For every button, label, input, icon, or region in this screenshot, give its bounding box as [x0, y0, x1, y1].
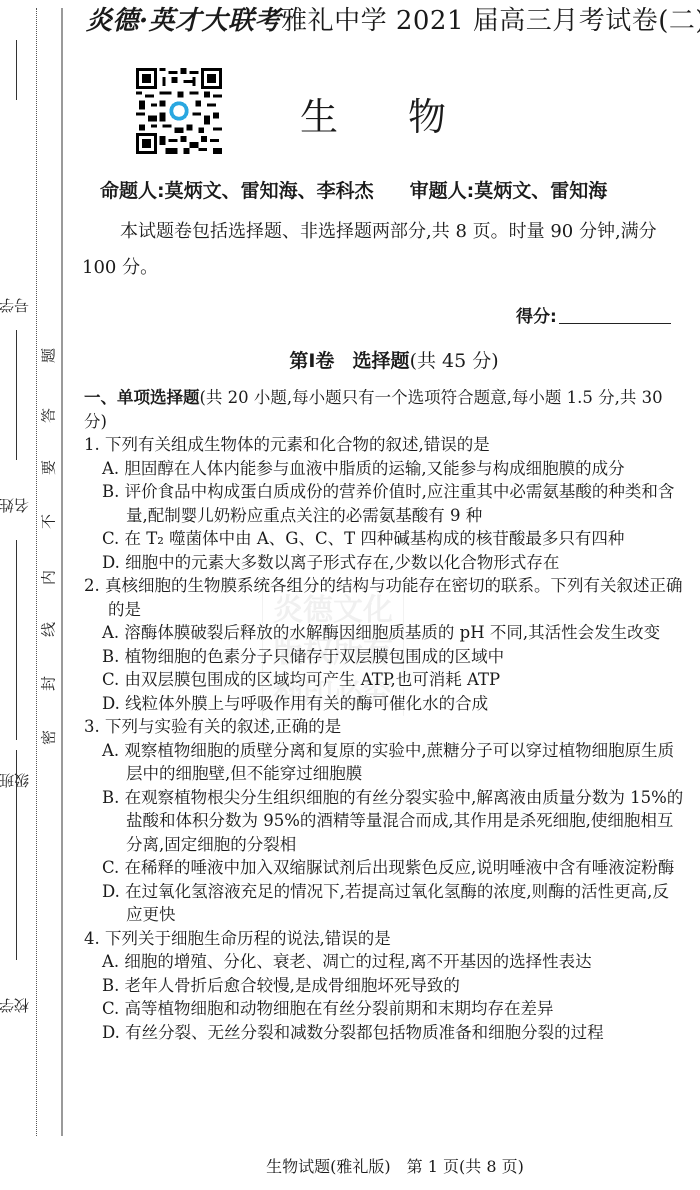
- exam-title: 炎德·英才大联考雅礼中学 2021 届高三月考试卷(二): [86, 6, 700, 36]
- field-line: [16, 750, 17, 960]
- field-label-student-id: 学 号: [0, 265, 28, 335]
- question-stem: 1. 下列有关组成生物体的元素和化合物的叙述,错误的是: [84, 433, 684, 457]
- question-stem: 3. 下列与实验有关的叙述,正确的是: [84, 715, 684, 739]
- option-d[interactable]: D. 在过氧化氢溶液充足的情况下,若提高过氧化氢酶的浓度,则酶的活性更高,反应更…: [84, 880, 684, 927]
- field-line: [16, 540, 17, 740]
- school-field[interactable]: 学 校: [0, 750, 28, 1030]
- student-id-field[interactable]: 学 号: [0, 20, 28, 340]
- seal-word: 封: [42, 675, 57, 693]
- option-c[interactable]: C. 在稀释的唾液中加入双缩脲试剂后出现紫色反应,说明唾液中含有唾液淀粉酶: [84, 856, 684, 880]
- qr-code-icon[interactable]: [136, 68, 222, 154]
- field-label-name: 姓 名: [0, 465, 28, 535]
- question-setters: 命题人:莫炳文、雷知海、李科杰: [100, 180, 374, 202]
- question-reviewers: 审题人:莫炳文、雷知海: [410, 180, 608, 202]
- option-a[interactable]: A. 观察植物细胞的质壁分离和复原的实验中,蔗糖分子可以穿过植物细胞原生质层中的…: [84, 739, 684, 786]
- option-a[interactable]: A. 细胞的增殖、分化、衰老、凋亡的过程,离不开基因的选择性表达: [84, 950, 684, 974]
- score-field[interactable]: 得分:: [516, 302, 671, 327]
- option-c[interactable]: C. 由双层膜包围成的区域均可产生 ATP,也可消耗 ATP: [84, 668, 684, 692]
- score-blank[interactable]: [559, 309, 671, 324]
- subject-char: 物: [408, 95, 448, 139]
- seal-word: 内: [42, 569, 57, 587]
- option-b[interactable]: B. 在观察植物根尖分生组织细胞的有丝分裂实验中,解离液由质量分数为 15%的盐…: [84, 786, 684, 857]
- subject-char: 生: [300, 95, 340, 139]
- question-3: 3. 下列与实验有关的叙述,正确的是 A. 观察植物细胞的质壁分离和复原的实验中…: [84, 715, 684, 927]
- exam-name: 雅礼中学 2021 届高三月考试卷(二): [281, 6, 700, 36]
- seal-dotted-line: [36, 8, 37, 1136]
- question-1: 1. 下列有关组成生物体的元素和化合物的叙述,错误的是 A. 胆固醇在人体内能参…: [84, 433, 684, 574]
- question-4: 4. 下列关于细胞生命历程的说法,错误的是 A. 细胞的增殖、分化、衰老、凋亡的…: [84, 927, 684, 1045]
- field-label-school: 学 校: [0, 965, 28, 1035]
- seal-word: 不: [42, 513, 57, 531]
- option-d[interactable]: D. 细胞中的元素大多数以离子形式存在,少数以化合物形式存在: [84, 551, 684, 575]
- authors-line: 命题人:莫炳文、雷知海、李科杰审题人:莫炳文、雷知海: [100, 176, 607, 203]
- option-b[interactable]: B. 植物细胞的色素分子只储存于双层膜包围成的区域中: [84, 645, 684, 669]
- section-points: (共 45 分): [410, 350, 499, 372]
- subject-title: 生物: [300, 86, 448, 141]
- question-stem: 4. 下列关于细胞生命历程的说法,错误的是: [84, 927, 684, 951]
- option-b[interactable]: B. 老年人骨折后愈合较慢,是成骨细胞坏死导致的: [84, 974, 684, 998]
- option-c[interactable]: C. 在 T₂ 噬菌体中由 A、G、C、T 四种碱基构成的核苷酸最多只有四种: [84, 527, 684, 551]
- section-type: 选择题: [353, 350, 410, 372]
- score-label: 得分:: [516, 307, 557, 327]
- option-a[interactable]: A. 溶酶体膜破裂后释放的水解酶因细胞质基质的 pH 不同,其活性会发生改变: [84, 621, 684, 645]
- exam-intro: 本试题卷包括选择题、非选择题两部分,共 8 页。时量 90 分钟,满分 100 …: [82, 214, 682, 286]
- binding-margin: 学 号 姓 名 班 级 学 校 题 答 要 不 内 线 封 密: [0, 0, 70, 1190]
- exam-brand: 炎德·英才大联考: [86, 6, 281, 36]
- seal-word: 线: [42, 621, 57, 639]
- option-b[interactable]: B. 评价食品中构成蛋白质成份的营养价值时,应注重其中必需氨基酸的种类和含量,配…: [84, 480, 684, 527]
- margin-rule: [61, 8, 63, 1136]
- instruction-heading: 一、单项选择题: [84, 388, 200, 407]
- section-instruction: 一、单项选择题(共 20 小题,每小题只有一个选项符合题意,每小题 1.5 分,…: [84, 386, 684, 433]
- option-a[interactable]: A. 胆固醇在人体内能参与血液中脂质的运输,又能参与构成细胞膜的成分: [84, 457, 684, 481]
- seal-word: 答: [42, 407, 57, 425]
- option-d[interactable]: D. 线粒体外膜上与呼吸作用有关的酶可催化水的合成: [84, 692, 684, 716]
- option-d[interactable]: D. 有丝分裂、无丝分裂和减数分裂都包括物质准备和细胞分裂的过程: [84, 1021, 684, 1045]
- field-line: [16, 40, 17, 100]
- option-c[interactable]: C. 高等植物细胞和动物细胞在有丝分裂前期和末期均存在差异: [84, 997, 684, 1021]
- page-footer: 生物试题(雅礼版) 第 1 页(共 8 页): [0, 1154, 700, 1177]
- section-part: 第Ⅰ卷: [289, 350, 334, 372]
- seal-word: 要: [42, 459, 57, 477]
- question-stem: 2. 真核细胞的生物膜系统各组分的结构与功能存在密切的联系。下列有关叙述正确的是: [84, 574, 684, 621]
- seal-word: 密: [42, 729, 57, 747]
- question-2: 2. 真核细胞的生物膜系统各组分的结构与功能存在密切的联系。下列有关叙述正确的是…: [84, 574, 684, 715]
- section-title: 第Ⅰ卷 选择题(共 45 分): [0, 346, 700, 373]
- question-content: 一、单项选择题(共 20 小题,每小题只有一个选项符合题意,每小题 1.5 分,…: [84, 386, 684, 1044]
